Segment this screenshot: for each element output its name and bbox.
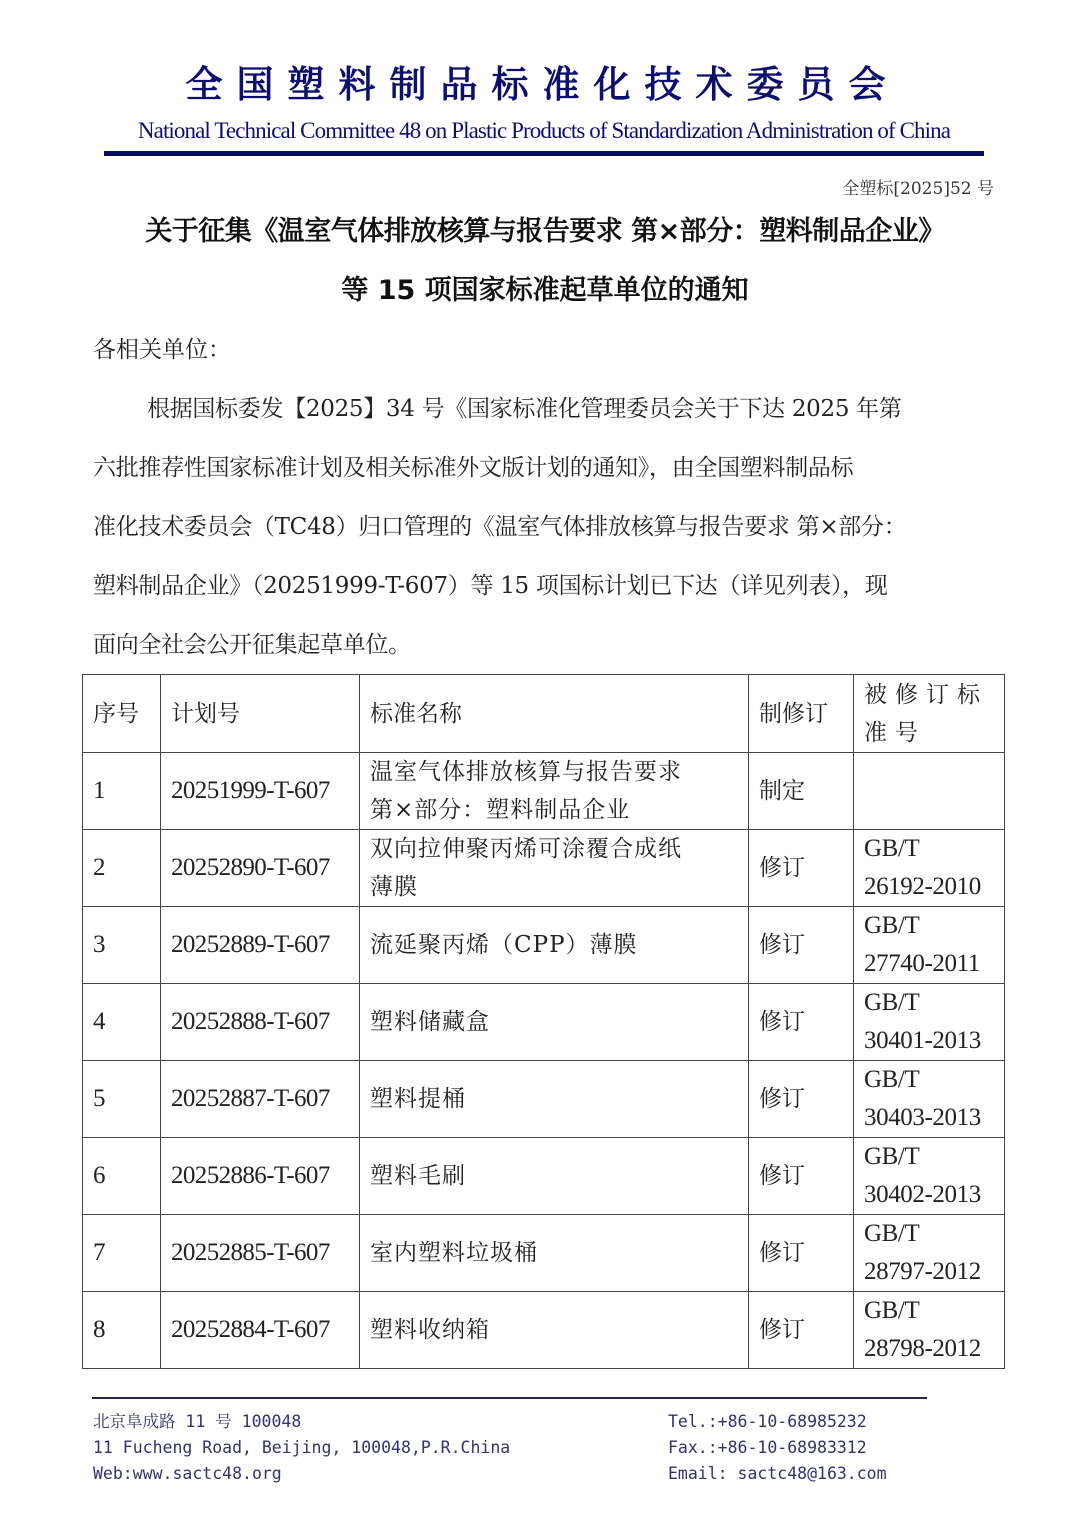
cell-replaced-standard: GB/T30402-2013 <box>854 1138 1005 1215</box>
cell-plan-number: 20252884-T-607 <box>161 1292 360 1369</box>
footer-tel: Tel.:+86-10-68985232 <box>668 1409 887 1435</box>
footer-divider <box>92 1397 927 1399</box>
table-header-row: 序号 计划号 标准名称 制修订 被修订标准号 <box>83 675 1005 753</box>
name-line-1: 温室气体排放核算与报告要求 <box>370 753 738 791</box>
cell-seq: 8 <box>83 1292 161 1369</box>
header-standard-name: 标准名称 <box>360 675 749 753</box>
cell-revision-type: 修订 <box>749 830 854 907</box>
body-line: 面向全社会公开征集起草单位。 <box>93 627 995 663</box>
cell-seq: 5 <box>83 1061 161 1138</box>
ref-line-2: 27740-2011 <box>864 945 994 983</box>
name-line-2: 第×部分：塑料制品企业 <box>370 791 738 829</box>
cell-plan-number: 20252886-T-607 <box>161 1138 360 1215</box>
ref-line-1: GB/T <box>864 984 994 1022</box>
ref-line-2: 30403-2013 <box>864 1099 994 1137</box>
cell-plan-number: 20252888-T-607 <box>161 984 360 1061</box>
table-row: 2 20252890-T-607 双向拉伸聚丙烯可涂覆合成纸薄膜 修订 GB/T… <box>83 830 1005 907</box>
cell-standard-name: 塑料储藏盒 <box>360 984 749 1061</box>
document-page: 全国塑料制品标准化技术委员会 National Technical Commit… <box>0 0 1080 1521</box>
table-row: 4 20252888-T-607 塑料储藏盒 修订 GB/T30401-2013 <box>83 984 1005 1061</box>
body-line: 六批推荐性国家标准计划及相关标准外文版计划的通知》，由全国塑料制品标 <box>93 450 995 486</box>
cell-standard-name: 塑料提桶 <box>360 1061 749 1138</box>
cell-revision-type: 修订 <box>749 907 854 984</box>
cell-replaced-standard: GB/T28797-2012 <box>854 1215 1005 1292</box>
standards-table: 序号 计划号 标准名称 制修订 被修订标准号 1 20251999-T-607 … <box>82 674 1005 1369</box>
footer-fax: Fax.:+86-10-68983312 <box>668 1435 887 1461</box>
salutation: 各相关单位： <box>93 332 231 368</box>
ref-line-1: GB/T <box>864 907 994 945</box>
cell-replaced-standard: GB/T26192-2010 <box>854 830 1005 907</box>
cell-seq: 1 <box>83 753 161 830</box>
cell-revision-type: 修订 <box>749 1061 854 1138</box>
ref-line-2: 26192-2010 <box>864 868 994 906</box>
ref-line-1: GB/T <box>864 1061 994 1099</box>
cell-plan-number: 20252889-T-607 <box>161 907 360 984</box>
cell-standard-name: 双向拉伸聚丙烯可涂覆合成纸薄膜 <box>360 830 749 907</box>
ref-line-2: 30401-2013 <box>864 1022 994 1060</box>
footer-address-cn: 北京阜成路 11 号 100048 <box>93 1409 510 1435</box>
footer-email-link[interactable]: Email: sactc48@163.com <box>668 1461 887 1487</box>
header-replaced-standard: 被修订标准号 <box>854 675 1005 753</box>
cell-replaced-standard: GB/T30403-2013 <box>854 1061 1005 1138</box>
header-seq: 序号 <box>83 675 161 753</box>
table-row: 6 20252886-T-607 塑料毛刷 修订 GB/T30402-2013 <box>83 1138 1005 1215</box>
cell-plan-number: 20252885-T-607 <box>161 1215 360 1292</box>
cell-revision-type: 修订 <box>749 1292 854 1369</box>
ref-line-2: 30402-2013 <box>864 1176 994 1214</box>
footer-web-link[interactable]: Web:www.sactc48.org <box>93 1461 510 1487</box>
ref-line-1: GB/T <box>864 830 994 868</box>
cell-replaced-standard: GB/T27740-2011 <box>854 907 1005 984</box>
cell-standard-name: 塑料毛刷 <box>360 1138 749 1215</box>
ref-line-2: 28797-2012 <box>864 1253 994 1291</box>
cell-replaced-standard: GB/T28798-2012 <box>854 1292 1005 1369</box>
cell-standard-name: 室内塑料垃圾桶 <box>360 1215 749 1292</box>
cell-replaced-standard <box>854 753 1005 830</box>
ref-line-2: 28798-2012 <box>864 1330 994 1368</box>
cell-plan-number: 20251999-T-607 <box>161 753 360 830</box>
document-title-line-2: 等 15 项国家标准起草单位的通知 <box>80 271 1010 311</box>
cell-plan-number: 20252887-T-607 <box>161 1061 360 1138</box>
letterhead-org-name-cn: 全国塑料制品标准化技术委员会 <box>105 60 980 110</box>
table-row: 5 20252887-T-607 塑料提桶 修订 GB/T30403-2013 <box>83 1061 1005 1138</box>
footer-address-block: 北京阜成路 11 号 100048 11 Fucheng Road, Beiji… <box>93 1409 510 1487</box>
table-row: 7 20252885-T-607 室内塑料垃圾桶 修订 GB/T28797-20… <box>83 1215 1005 1292</box>
cell-seq: 2 <box>83 830 161 907</box>
cell-revision-type: 修订 <box>749 1215 854 1292</box>
table-row: 8 20252884-T-607 塑料收纳箱 修订 GB/T28798-2012 <box>83 1292 1005 1369</box>
ref-line-1: GB/T <box>864 1215 994 1253</box>
document-number: 全塑标[2025]52 号 <box>842 176 994 202</box>
cell-seq: 7 <box>83 1215 161 1292</box>
header-revision-type: 制修订 <box>749 675 854 753</box>
cell-standard-name: 流延聚丙烯（CPP）薄膜 <box>360 907 749 984</box>
cell-replaced-standard: GB/T30401-2013 <box>854 984 1005 1061</box>
cell-seq: 3 <box>83 907 161 984</box>
cell-seq: 4 <box>83 984 161 1061</box>
cell-revision-type: 修订 <box>749 1138 854 1215</box>
body-line: 准化技术委员会（TC48）归口管理的《温室气体排放核算与报告要求 第×部分： <box>93 509 995 545</box>
document-title-line-1: 关于征集《温室气体排放核算与报告要求 第×部分：塑料制品企业》 <box>80 212 1010 252</box>
body-line: 塑料制品企业》（20251999-T-607）等 15 项国标计划已下达（详见列… <box>93 568 995 604</box>
footer-address-en: 11 Fucheng Road, Beijing, 100048,P.R.Chi… <box>93 1435 510 1461</box>
name-line-2: 薄膜 <box>370 868 738 906</box>
footer-contact-block: Tel.:+86-10-68985232 Fax.:+86-10-6898331… <box>668 1409 887 1487</box>
cell-standard-name: 温室气体排放核算与报告要求第×部分：塑料制品企业 <box>360 753 749 830</box>
letterhead-divider <box>104 151 984 156</box>
table-row: 1 20251999-T-607 温室气体排放核算与报告要求第×部分：塑料制品企… <box>83 753 1005 830</box>
cell-standard-name: 塑料收纳箱 <box>360 1292 749 1369</box>
cell-seq: 6 <box>83 1138 161 1215</box>
name-line-1: 双向拉伸聚丙烯可涂覆合成纸 <box>370 830 738 868</box>
cell-plan-number: 20252890-T-607 <box>161 830 360 907</box>
body-line: 根据国标委发【2025】34 号《国家标准化管理委员会关于下达 2025 年第 <box>147 391 995 427</box>
ref-line-1: GB/T <box>864 1138 994 1176</box>
letterhead-org-name-en: National Technical Committee 48 on Plast… <box>104 116 984 146</box>
cell-revision-type: 修订 <box>749 984 854 1061</box>
table-row: 3 20252889-T-607 流延聚丙烯（CPP）薄膜 修订 GB/T277… <box>83 907 1005 984</box>
cell-revision-type: 制定 <box>749 753 854 830</box>
ref-line-1: GB/T <box>864 1292 994 1330</box>
header-plan-number: 计划号 <box>161 675 360 753</box>
